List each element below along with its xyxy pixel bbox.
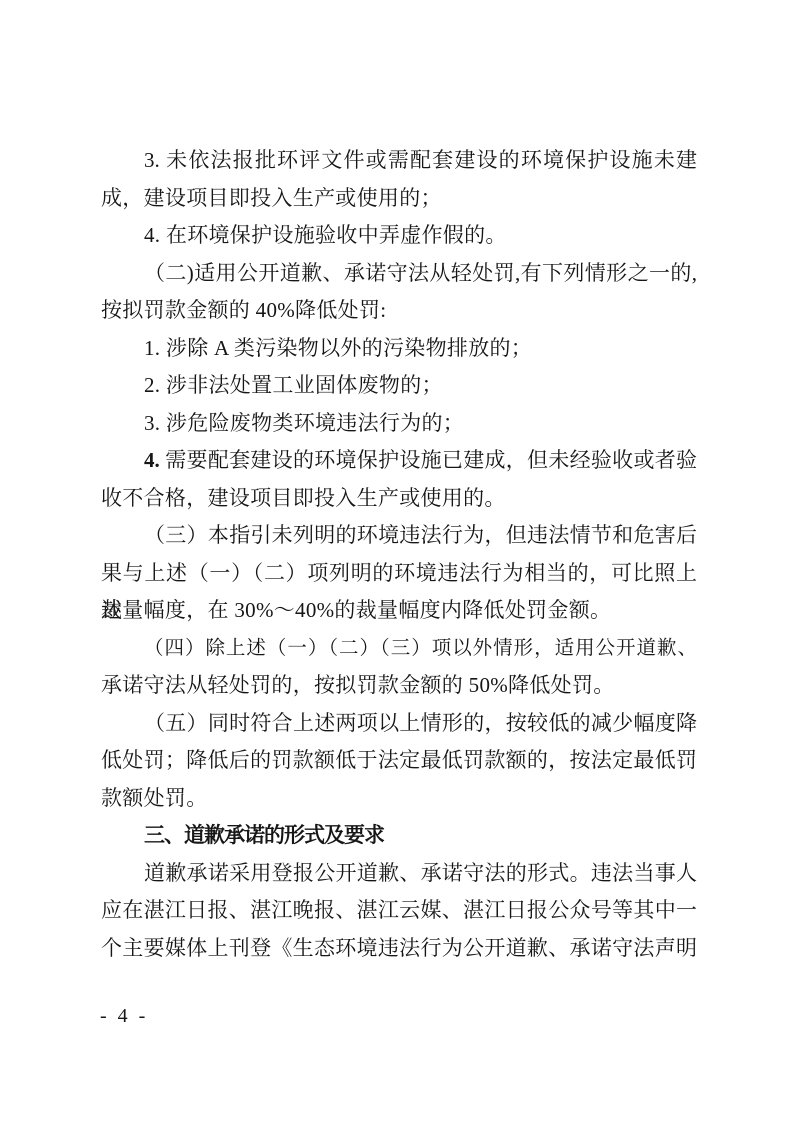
- text-run: 裁量幅度，在 30%～40%的裁量幅度内降低处罚金额。: [101, 598, 611, 622]
- text-line: （三）本指引未列明的环境违法行为，但违法情节和危害后: [101, 517, 697, 555]
- text-line: 裁量幅度，在 30%～40%的裁量幅度内降低处罚金额。: [101, 592, 697, 630]
- text-line: 按拟罚款金额的 40%降低处罚:: [101, 292, 697, 330]
- text-run: 按拟罚款金额的 40%降低处罚:: [101, 298, 386, 322]
- text-line: 低处罚；降低后的罚款额低于法定最低罚款额的，按法定最低罚: [101, 742, 697, 780]
- section-heading: 三、道歉承诺的形式及要求: [101, 817, 697, 855]
- text-line: 4. 需要配套建设的环境保护设施已建成，但未经验收或者验: [101, 442, 697, 480]
- text-run: 道歉承诺采用登报公开道歉、承诺守法的形式。违法当事人: [144, 861, 697, 885]
- text-run: 款额处罚。: [101, 786, 208, 810]
- text-line: 道歉承诺采用登报公开道歉、承诺守法的形式。违法当事人: [101, 855, 697, 893]
- text-line: 成，建设项目即投入生产或使用的；: [101, 180, 697, 218]
- text-line: 3. 未依法报批环评文件或需配套建设的环境保护设施未建: [101, 142, 697, 180]
- text-run: 应在湛江日报、湛江晚报、湛江云媒、湛江日报公众号等其中一: [101, 898, 697, 922]
- page-number: - 4 -: [100, 1004, 148, 1028]
- document-body: 3. 未依法报批环评文件或需配套建设的环境保护设施未建成，建设项目即投入生产或使…: [101, 142, 697, 967]
- text-run: （三）本指引未列明的环境违法行为，但违法情节和危害后: [144, 523, 697, 547]
- text-run: 个主要媒体上刊登《生态环境违法行为公开道歉、承诺守法声明: [101, 936, 697, 960]
- document-page: 3. 未依法报批环评文件或需配套建设的环境保护设施未建成，建设项目即投入生产或使…: [0, 0, 794, 1123]
- text-line: 2. 涉非法处置工业固体废物的；: [101, 367, 697, 405]
- text-run: 低处罚；降低后的罚款额低于法定最低罚款额的，按法定最低罚: [101, 748, 697, 772]
- text-run: （四）除上述（一）（二）（三）项以外情形，适用公开道歉、: [144, 638, 697, 659]
- text-line: 果与上述（一）（二）项列明的环境违法行为相当的，可比照上述: [101, 555, 697, 593]
- text-run: 承诺守法从轻处罚的，按拟罚款金额的 50%降低处罚。: [101, 673, 615, 697]
- text-run: 4.: [144, 448, 165, 472]
- text-line: 收不合格，建设项目即投入生产或使用的。: [101, 480, 697, 518]
- text-run: 成，建设项目即投入生产或使用的；: [101, 186, 442, 210]
- text-line: （二)适用公开道歉、承诺守法从轻处罚,有下列情形之一的,: [101, 255, 697, 293]
- text-run: 3. 涉危险废物类环境违法行为的；: [144, 411, 464, 435]
- text-line: 个主要媒体上刊登《生态环境违法行为公开道歉、承诺守法声明: [101, 930, 697, 968]
- text-run: （五）同时符合上述两项以上情形的，按较低的减少幅度降: [144, 711, 697, 735]
- text-line: 1. 涉除 A 类污染物以外的污染物排放的；: [101, 330, 697, 368]
- text-run: （二)适用公开道歉、承诺守法从轻处罚,有下列情形之一的,: [144, 261, 697, 285]
- text-run: 3. 未依法报批环评文件或需配套建设的环境保护设施未建: [144, 148, 697, 172]
- text-line: 应在湛江日报、湛江晚报、湛江云媒、湛江日报公众号等其中一: [101, 892, 697, 930]
- text-run: 2. 涉非法处置工业固体废物的；: [144, 373, 443, 397]
- text-line: （五）同时符合上述两项以上情形的，按较低的减少幅度降: [101, 705, 697, 743]
- text-run: 需要配套建设的环境保护设施已建成，但未经验收或者验: [165, 448, 697, 472]
- text-line: 承诺守法从轻处罚的，按拟罚款金额的 50%降低处罚。: [101, 667, 697, 705]
- text-run: 三、道歉承诺的形式及要求: [144, 824, 384, 847]
- text-line: 款额处罚。: [101, 780, 697, 818]
- text-run: 收不合格，建设项目即投入生产或使用的。: [101, 486, 506, 510]
- text-line: 4. 在环境保护设施验收中弄虚作假的。: [101, 217, 697, 255]
- text-run: 4. 在环境保护设施验收中弄虚作假的。: [144, 223, 507, 247]
- text-line: 3. 涉危险废物类环境违法行为的；: [101, 405, 697, 443]
- text-line: （四）除上述（一）（二）（三）项以外情形，适用公开道歉、: [101, 630, 697, 668]
- text-run: 1. 涉除 A 类污染物以外的污染物排放的；: [144, 336, 532, 360]
